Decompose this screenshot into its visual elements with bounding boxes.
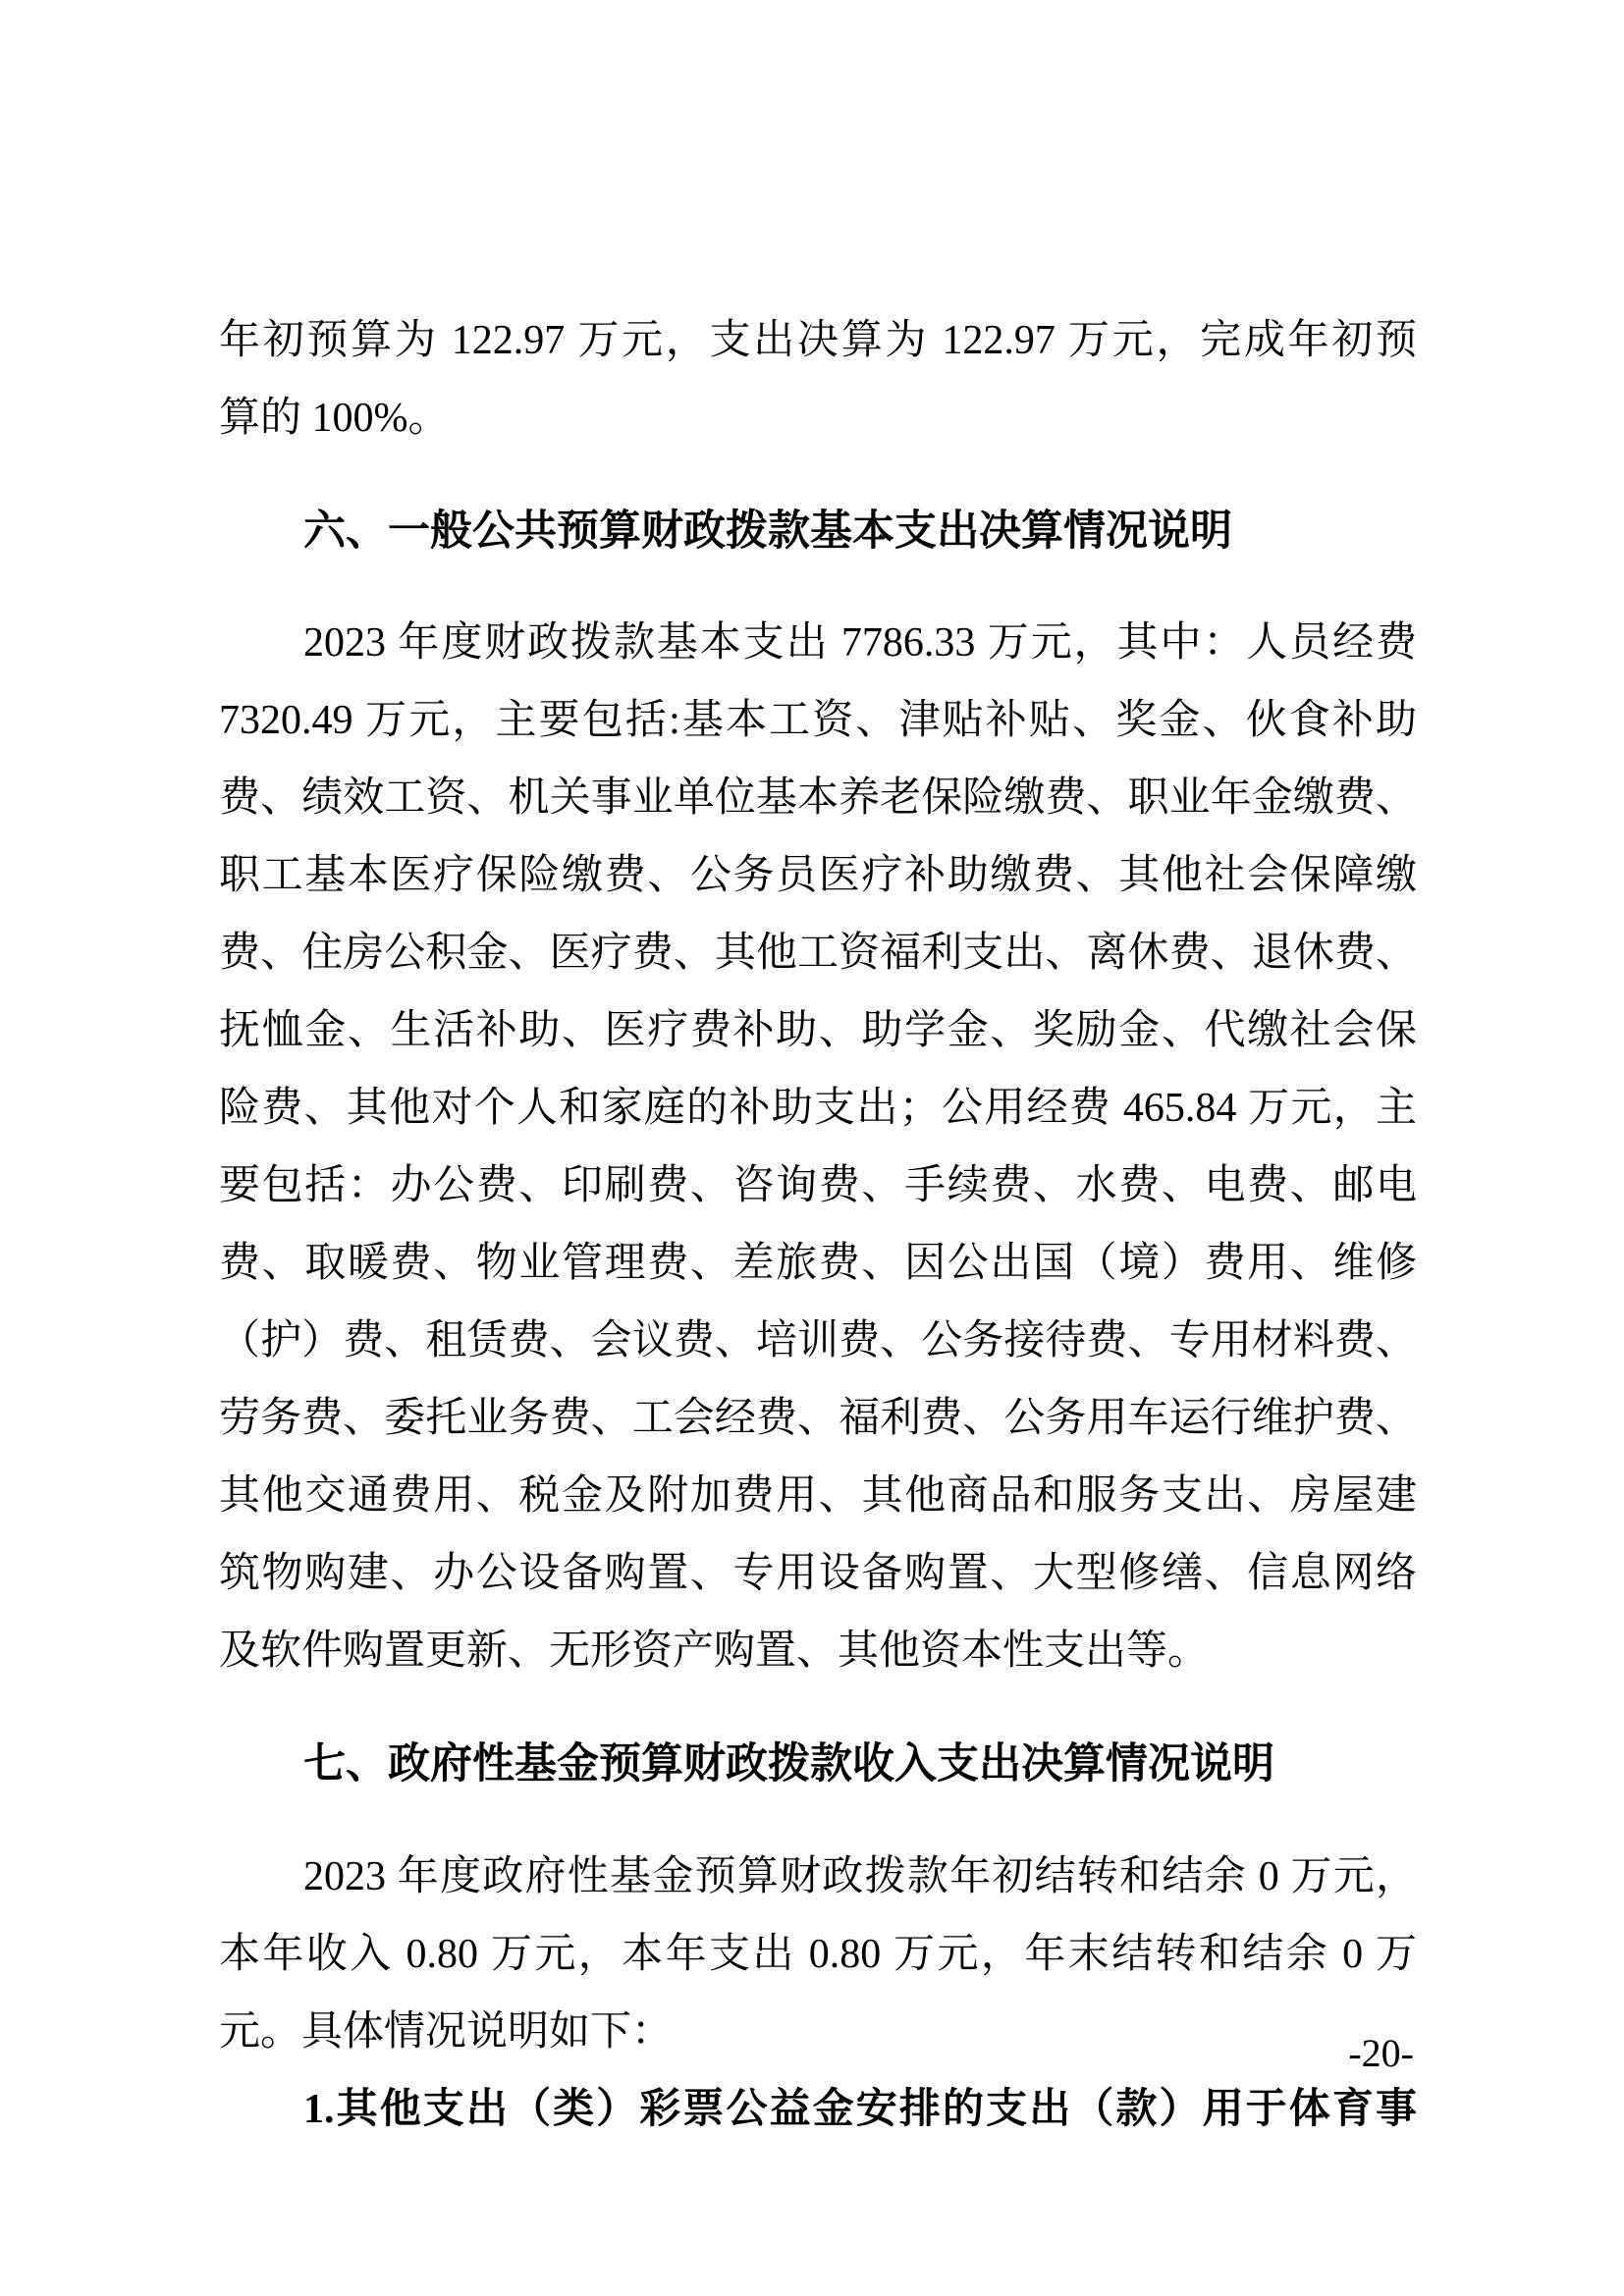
document-page: 年初预算为 122.97 万元，支出决算为 122.97 万元，完成年初预 算的… — [0, 0, 1624, 2296]
paragraph-line: 算的 100%。 — [219, 380, 1417, 457]
paragraph-line: 及软件购置更新、无形资产购置、其他资本性支出等。 — [219, 1613, 1417, 1690]
paragraph-line: 年初预算为 122.97 万元，支出决算为 122.97 万元，完成年初预 — [219, 302, 1417, 380]
paragraph-line: 7320.49 万元，主要包括:基本工资、津贴补贴、奖金、伙食补助 — [219, 682, 1417, 760]
paragraph-line: 其他交通费用、税金及附加费用、其他商品和服务支出、房屋建 — [219, 1458, 1417, 1535]
section-heading-7: 七、政府性基金预算财政拨款收入支出决算情况说明 — [219, 1726, 1417, 1803]
section-heading-6: 六、一般公共预算财政拨款基本支出决算情况说明 — [219, 493, 1417, 570]
paragraph-line: 2023 年度政府性基金预算财政拨款年初结转和结余 0 万元， — [219, 1839, 1417, 1916]
paragraph-line: 险费、其他对个人和家庭的补助支出；公用经费 465.84 万元，主 — [219, 1070, 1417, 1148]
document-content: 年初预算为 122.97 万元，支出决算为 122.97 万元，完成年初预 算的… — [219, 302, 1417, 2149]
paragraph-line: 2023 年度财政拨款基本支出 7786.33 万元，其中：人员经费 — [219, 605, 1417, 682]
paragraph-line: （护）费、租赁费、会议费、培训费、公务接待费、专用材料费、 — [219, 1303, 1417, 1380]
paragraph-line: 费、绩效工资、机关事业单位基本养老保险缴费、职业年金缴费、 — [219, 760, 1417, 837]
paragraph-line: 筑物购建、办公设备购置、专用设备购置、大型修缮、信息网络 — [219, 1535, 1417, 1613]
paragraph-line: 抚恤金、生活补助、医疗费补助、助学金、奖励金、代缴社会保 — [219, 992, 1417, 1070]
paragraph-line: 元。具体情况说明如下： — [219, 1994, 1417, 2071]
page-number: -20- — [1348, 2032, 1414, 2075]
paragraph-line: 要包括：办公费、印刷费、咨询费、手续费、水费、电费、邮电 — [219, 1148, 1417, 1225]
paragraph-line: 职工基本医疗保险缴费、公务员医疗补助缴费、其他社会保障缴 — [219, 837, 1417, 915]
paragraph-line: 劳务费、委托业务费、工会经费、福利费、公务用车运行维护费、 — [219, 1380, 1417, 1458]
paragraph-line: 费、住房公积金、医疗费、其他工资福利支出、离休费、退休费、 — [219, 915, 1417, 992]
paragraph-line: 本年收入 0.80 万元，本年支出 0.80 万元，年末结转和结余 0 万 — [219, 1916, 1417, 1994]
paragraph-line: 费、取暖费、物业管理费、差旅费、因公出国（境）费用、维修 — [219, 1225, 1417, 1303]
list-item-1: 1.其他支出（类）彩票公益金安排的支出（款）用于体育事 — [219, 2071, 1417, 2149]
